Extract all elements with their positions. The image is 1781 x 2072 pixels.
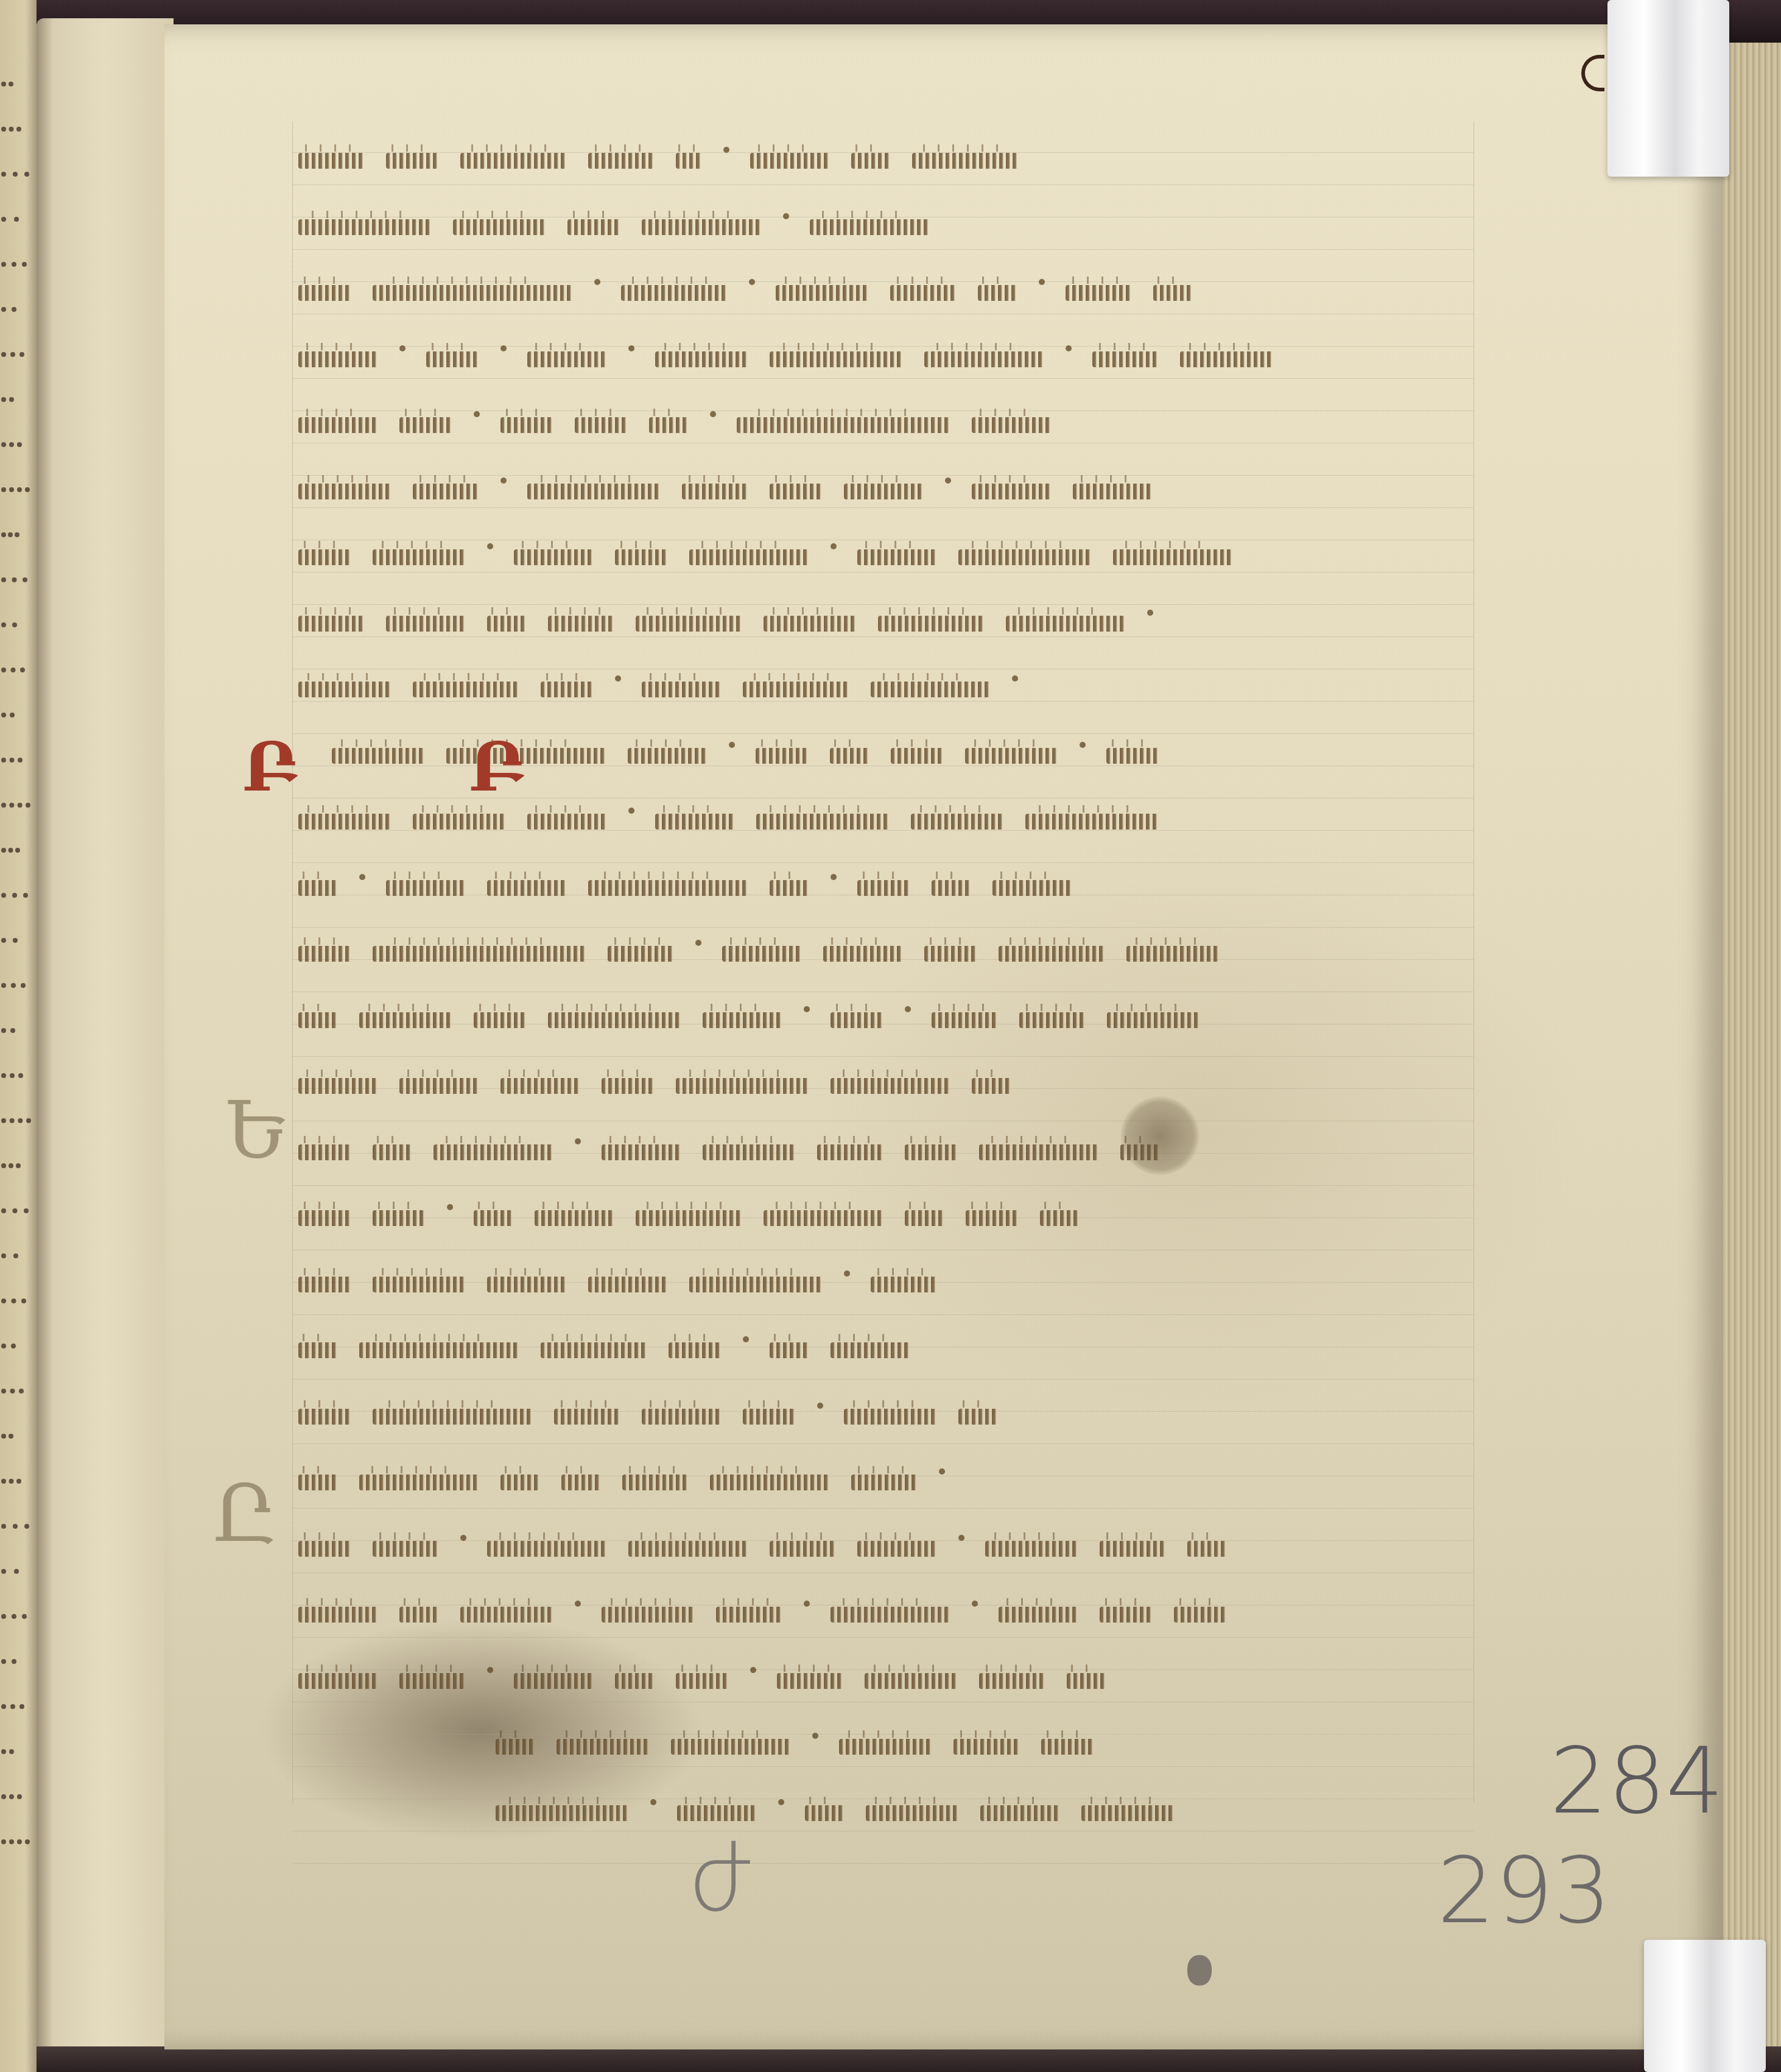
ruling-line bbox=[292, 1121, 1474, 1121]
word bbox=[756, 814, 890, 830]
text-line bbox=[298, 395, 1461, 433]
word bbox=[1106, 748, 1160, 764]
rubric-initial-margin: Բ bbox=[242, 734, 298, 801]
word bbox=[615, 1673, 655, 1689]
word bbox=[770, 484, 823, 499]
word bbox=[703, 1012, 783, 1028]
word bbox=[1113, 549, 1234, 565]
facing-page-text-fragment bbox=[1, 253, 27, 267]
punctuation-point bbox=[743, 1336, 749, 1342]
punctuation-point bbox=[487, 1667, 493, 1673]
text-line bbox=[298, 1122, 1461, 1160]
word bbox=[966, 1210, 1019, 1226]
punctuation-point bbox=[723, 147, 729, 153]
word bbox=[703, 1144, 796, 1160]
word bbox=[487, 1541, 608, 1557]
word bbox=[514, 549, 594, 565]
word bbox=[905, 1210, 945, 1226]
word bbox=[831, 1607, 951, 1623]
text-line bbox=[256, 1717, 1419, 1755]
word bbox=[557, 1739, 650, 1755]
text-line bbox=[298, 1320, 1461, 1358]
word bbox=[743, 682, 850, 697]
right-bounding-rule bbox=[1474, 122, 1474, 1803]
facing-page-text-fragment bbox=[1, 1020, 15, 1033]
word bbox=[373, 1409, 533, 1425]
word bbox=[501, 417, 554, 433]
word bbox=[979, 1144, 1100, 1160]
word bbox=[622, 1475, 689, 1490]
word bbox=[588, 880, 749, 896]
word bbox=[298, 1541, 352, 1557]
facing-page-text-fragment bbox=[1, 974, 26, 988]
facing-page-text-fragment bbox=[1, 704, 15, 717]
word bbox=[972, 1078, 1012, 1094]
word bbox=[851, 1475, 918, 1490]
word bbox=[298, 1210, 352, 1226]
punctuation-point bbox=[359, 874, 365, 880]
word bbox=[636, 1210, 743, 1226]
ruling-line bbox=[292, 1573, 1474, 1573]
word bbox=[911, 814, 1005, 830]
word bbox=[298, 1673, 379, 1689]
ruling-line bbox=[292, 1863, 1474, 1864]
facing-page-text-fragment bbox=[1, 929, 18, 943]
word bbox=[1081, 1805, 1175, 1821]
word bbox=[830, 748, 870, 764]
word bbox=[965, 748, 1059, 764]
word bbox=[1006, 616, 1126, 632]
text-line bbox=[298, 1255, 1461, 1292]
facing-page-text-fragment bbox=[1, 794, 30, 808]
word bbox=[621, 285, 728, 301]
punctuation-point bbox=[729, 742, 735, 748]
facing-page-text-fragment bbox=[1, 1335, 16, 1348]
word bbox=[932, 880, 972, 896]
word bbox=[689, 1277, 823, 1292]
left-bounding-rule bbox=[292, 122, 293, 1803]
text-line bbox=[298, 990, 1461, 1028]
facing-page-text-fragment bbox=[1, 1470, 21, 1484]
guard-strip bbox=[37, 18, 174, 2046]
word bbox=[851, 153, 891, 169]
punctuation-point bbox=[812, 1733, 818, 1739]
punctuation-point bbox=[817, 1403, 823, 1409]
word bbox=[750, 153, 831, 169]
punctuation-point bbox=[958, 1535, 964, 1541]
word bbox=[1174, 1607, 1228, 1623]
word bbox=[460, 153, 567, 169]
margin-initial-2: Ը bbox=[213, 1474, 277, 1553]
punctuation-point bbox=[1066, 345, 1072, 351]
word bbox=[823, 946, 904, 962]
facing-page-text-fragment bbox=[1, 1110, 31, 1123]
word bbox=[413, 682, 520, 697]
word bbox=[496, 1739, 536, 1755]
word bbox=[298, 351, 379, 367]
rubric-initial-inline: Բ bbox=[469, 734, 524, 801]
word bbox=[958, 549, 1092, 565]
word bbox=[857, 880, 911, 896]
word bbox=[722, 946, 803, 962]
word bbox=[474, 1210, 514, 1226]
word bbox=[434, 1144, 554, 1160]
word bbox=[866, 1805, 960, 1821]
word bbox=[676, 1078, 810, 1094]
word bbox=[399, 1607, 440, 1623]
facing-page-text-fragment bbox=[1, 1290, 26, 1303]
facing-page-text-fragment bbox=[1, 1786, 22, 1799]
facing-page-text-fragment bbox=[1, 434, 22, 447]
punctuation-point bbox=[575, 1138, 581, 1144]
text-line bbox=[298, 1387, 1461, 1425]
ruling-line bbox=[292, 830, 1474, 831]
facing-page-edge bbox=[0, 0, 37, 2072]
word bbox=[615, 549, 669, 565]
word bbox=[298, 946, 352, 962]
word bbox=[857, 549, 938, 565]
word bbox=[561, 1475, 602, 1490]
facing-page-text-fragment bbox=[1, 884, 28, 898]
punctuation-point bbox=[939, 1468, 945, 1475]
ruling-line bbox=[292, 378, 1474, 379]
word bbox=[548, 616, 615, 632]
text-line bbox=[298, 1651, 1461, 1689]
punctuation-point bbox=[804, 1601, 810, 1607]
word bbox=[608, 946, 675, 962]
word bbox=[1041, 1739, 1095, 1755]
facing-page-text-fragment bbox=[1, 1065, 23, 1078]
word bbox=[669, 1342, 722, 1358]
word bbox=[924, 351, 1045, 367]
word bbox=[298, 417, 379, 433]
word bbox=[649, 417, 689, 433]
facing-page-text-fragment bbox=[1, 1696, 24, 1709]
word bbox=[1180, 351, 1274, 367]
ruling-line bbox=[292, 443, 1474, 443]
word bbox=[541, 682, 594, 697]
ruling-line bbox=[292, 1443, 1474, 1444]
facing-page-text-fragment bbox=[1, 1741, 14, 1754]
word bbox=[954, 1739, 1020, 1755]
word bbox=[298, 814, 392, 830]
word bbox=[527, 351, 608, 367]
text-line bbox=[298, 858, 1461, 896]
word bbox=[737, 417, 951, 433]
word bbox=[298, 1475, 339, 1490]
word bbox=[932, 1012, 999, 1028]
word bbox=[1073, 484, 1153, 499]
word bbox=[575, 417, 628, 433]
word bbox=[770, 880, 810, 896]
word bbox=[1153, 285, 1193, 301]
punctuation-point bbox=[487, 543, 493, 549]
word bbox=[426, 351, 480, 367]
word bbox=[756, 748, 809, 764]
word bbox=[501, 1475, 541, 1490]
punctuation-point bbox=[778, 1799, 784, 1805]
word bbox=[298, 1342, 339, 1358]
facing-page-text-fragment bbox=[1, 389, 14, 402]
margin-initial-1: Ե bbox=[225, 1090, 289, 1169]
word bbox=[878, 616, 985, 632]
word bbox=[373, 1277, 466, 1292]
word bbox=[373, 1144, 413, 1160]
word bbox=[413, 814, 507, 830]
ruling-line bbox=[292, 1766, 1474, 1767]
word bbox=[298, 484, 392, 499]
word bbox=[770, 351, 904, 367]
word bbox=[474, 1012, 527, 1028]
punctuation-point bbox=[399, 345, 406, 351]
word bbox=[764, 1210, 884, 1226]
word bbox=[716, 1607, 783, 1623]
word bbox=[776, 285, 869, 301]
facing-page-text-fragment bbox=[1, 614, 17, 627]
word bbox=[399, 417, 453, 433]
word bbox=[298, 616, 365, 632]
facing-page-text-fragment bbox=[1, 839, 20, 853]
text-line bbox=[298, 1519, 1461, 1557]
facing-page-text-fragment bbox=[1, 659, 25, 672]
word bbox=[298, 219, 432, 235]
ruling-line bbox=[292, 701, 1474, 702]
facing-page-text-fragment bbox=[1, 749, 23, 763]
word bbox=[1025, 814, 1159, 830]
word bbox=[496, 1805, 630, 1821]
word bbox=[602, 1607, 695, 1623]
text-line bbox=[298, 263, 1461, 301]
word bbox=[602, 1144, 682, 1160]
word bbox=[844, 1409, 938, 1425]
word bbox=[386, 153, 440, 169]
word bbox=[298, 153, 365, 169]
facing-page-text-fragment bbox=[1, 1425, 13, 1439]
fore-edge bbox=[1723, 43, 1781, 2046]
word bbox=[359, 1475, 480, 1490]
word bbox=[642, 219, 762, 235]
word bbox=[460, 1607, 554, 1623]
facing-page-text-fragment bbox=[1, 1831, 30, 1844]
word bbox=[1187, 1541, 1228, 1557]
word bbox=[958, 1409, 999, 1425]
word bbox=[501, 1078, 581, 1094]
punctuation-point bbox=[650, 1799, 656, 1805]
facing-page-text-fragment bbox=[1, 524, 19, 537]
foliation-current: 284 bbox=[1550, 1736, 1724, 1827]
punctuation-point bbox=[1012, 675, 1018, 682]
punctuation-point bbox=[905, 1006, 911, 1012]
facing-page-text-fragment bbox=[1, 1515, 29, 1529]
word bbox=[671, 1739, 792, 1755]
ruling-line bbox=[292, 249, 1474, 250]
word bbox=[924, 946, 978, 962]
word bbox=[972, 417, 1052, 433]
word bbox=[535, 1210, 615, 1226]
punctuation-point bbox=[501, 477, 507, 484]
ruling-line bbox=[292, 572, 1474, 573]
text-line bbox=[298, 594, 1461, 632]
word bbox=[298, 285, 352, 301]
facing-page-text-fragment bbox=[1, 118, 21, 132]
word bbox=[636, 616, 743, 632]
punctuation-point bbox=[695, 940, 701, 946]
word bbox=[373, 549, 466, 565]
word bbox=[677, 1805, 757, 1821]
text-line bbox=[298, 462, 1461, 499]
text-line bbox=[298, 527, 1461, 565]
word bbox=[298, 1607, 379, 1623]
text-line bbox=[298, 1188, 1461, 1226]
word bbox=[980, 1805, 1061, 1821]
text-line bbox=[298, 660, 1461, 697]
word bbox=[831, 1012, 884, 1028]
punctuation-point bbox=[804, 1006, 810, 1012]
word bbox=[817, 1144, 884, 1160]
word bbox=[399, 1078, 480, 1094]
word bbox=[413, 484, 480, 499]
text-line bbox=[298, 1453, 1461, 1490]
ruling-line bbox=[292, 1379, 1474, 1380]
word bbox=[682, 484, 749, 499]
text-line bbox=[298, 131, 1461, 169]
word bbox=[655, 351, 749, 367]
word bbox=[541, 1342, 648, 1358]
word bbox=[386, 616, 466, 632]
ruling-line bbox=[292, 1831, 1474, 1831]
word bbox=[628, 1541, 749, 1557]
word bbox=[588, 1277, 669, 1292]
stain-spot bbox=[1120, 1096, 1200, 1175]
word bbox=[676, 153, 703, 169]
word bbox=[764, 616, 857, 632]
facing-page-text-fragment bbox=[1, 344, 24, 357]
ruling-line bbox=[292, 1702, 1474, 1702]
word bbox=[992, 880, 1073, 896]
word bbox=[1126, 946, 1220, 962]
word bbox=[805, 1805, 845, 1821]
punctuation-point bbox=[1147, 610, 1153, 616]
punctuation-point bbox=[615, 675, 621, 682]
punctuation-point bbox=[710, 411, 716, 417]
word bbox=[373, 1210, 426, 1226]
word bbox=[999, 1607, 1079, 1623]
ruling-line bbox=[292, 1508, 1474, 1509]
facing-page-text-fragment bbox=[1, 73, 13, 86]
word bbox=[487, 616, 527, 632]
word bbox=[676, 1673, 729, 1689]
word bbox=[891, 748, 944, 764]
facing-page-text-fragment bbox=[1, 479, 30, 492]
punctuation-point bbox=[575, 1601, 581, 1607]
word bbox=[386, 880, 466, 896]
word bbox=[810, 219, 930, 235]
word bbox=[548, 1012, 682, 1028]
word bbox=[844, 484, 924, 499]
facing-page-text-fragment bbox=[1, 1155, 21, 1168]
word bbox=[831, 1342, 911, 1358]
word bbox=[831, 1078, 951, 1094]
text-line bbox=[298, 924, 1461, 962]
word bbox=[905, 1144, 958, 1160]
word bbox=[972, 484, 1052, 499]
facing-page-text-fragment bbox=[1, 1245, 18, 1258]
word bbox=[298, 1144, 352, 1160]
punctuation-point bbox=[501, 345, 507, 351]
text-line bbox=[298, 197, 1461, 235]
word bbox=[487, 1277, 567, 1292]
word bbox=[857, 1541, 938, 1557]
quire-mark: ժ bbox=[688, 1833, 752, 1925]
word bbox=[1019, 1012, 1086, 1028]
word bbox=[985, 1541, 1079, 1557]
ink-blot bbox=[1187, 1955, 1212, 1986]
word bbox=[1066, 285, 1133, 301]
punctuation-point bbox=[628, 808, 634, 814]
facing-page-text-fragment bbox=[1, 1380, 24, 1394]
word bbox=[777, 1673, 844, 1689]
punctuation-point bbox=[447, 1204, 453, 1210]
word bbox=[1040, 1210, 1080, 1226]
word bbox=[373, 1541, 440, 1557]
word bbox=[890, 285, 957, 301]
punctuation-point bbox=[460, 1535, 466, 1541]
word bbox=[602, 1078, 655, 1094]
facing-page-text-fragment bbox=[1, 1560, 19, 1574]
word bbox=[487, 880, 567, 896]
word bbox=[628, 748, 708, 764]
punctuation-point bbox=[831, 874, 837, 880]
word bbox=[710, 1475, 831, 1490]
word bbox=[871, 682, 991, 697]
word bbox=[567, 219, 621, 235]
word bbox=[978, 285, 1018, 301]
word bbox=[514, 1673, 594, 1689]
text-line bbox=[256, 1783, 1419, 1821]
word bbox=[1107, 1012, 1201, 1028]
word bbox=[527, 484, 661, 499]
punctuation-point bbox=[1039, 279, 1045, 285]
facing-page-text-fragment bbox=[1, 569, 27, 582]
word bbox=[642, 1409, 722, 1425]
word bbox=[1067, 1673, 1107, 1689]
word bbox=[298, 1409, 352, 1425]
facing-page-text-fragment bbox=[1, 298, 16, 312]
facing-page-text-fragment bbox=[1, 163, 29, 177]
punctuation-point bbox=[749, 279, 755, 285]
word bbox=[588, 153, 655, 169]
clip-bottom-right bbox=[1644, 1940, 1766, 2072]
punctuation-point bbox=[831, 543, 837, 549]
facing-page-text-fragment bbox=[1, 208, 19, 222]
facing-page-text-fragment bbox=[1, 1605, 27, 1619]
word bbox=[332, 748, 426, 764]
word bbox=[912, 153, 1019, 169]
text-line bbox=[298, 1585, 1461, 1623]
word bbox=[655, 814, 736, 830]
text-line bbox=[298, 1056, 1461, 1094]
word bbox=[642, 682, 722, 697]
ruling-line bbox=[292, 1185, 1474, 1186]
clip-top-right bbox=[1607, 0, 1729, 177]
punctuation-point bbox=[1080, 742, 1086, 748]
punctuation-point bbox=[844, 1270, 850, 1277]
word bbox=[839, 1739, 933, 1755]
punctuation-point bbox=[972, 1601, 978, 1607]
word bbox=[453, 219, 547, 235]
word bbox=[999, 946, 1106, 962]
punctuation-point bbox=[783, 213, 789, 219]
